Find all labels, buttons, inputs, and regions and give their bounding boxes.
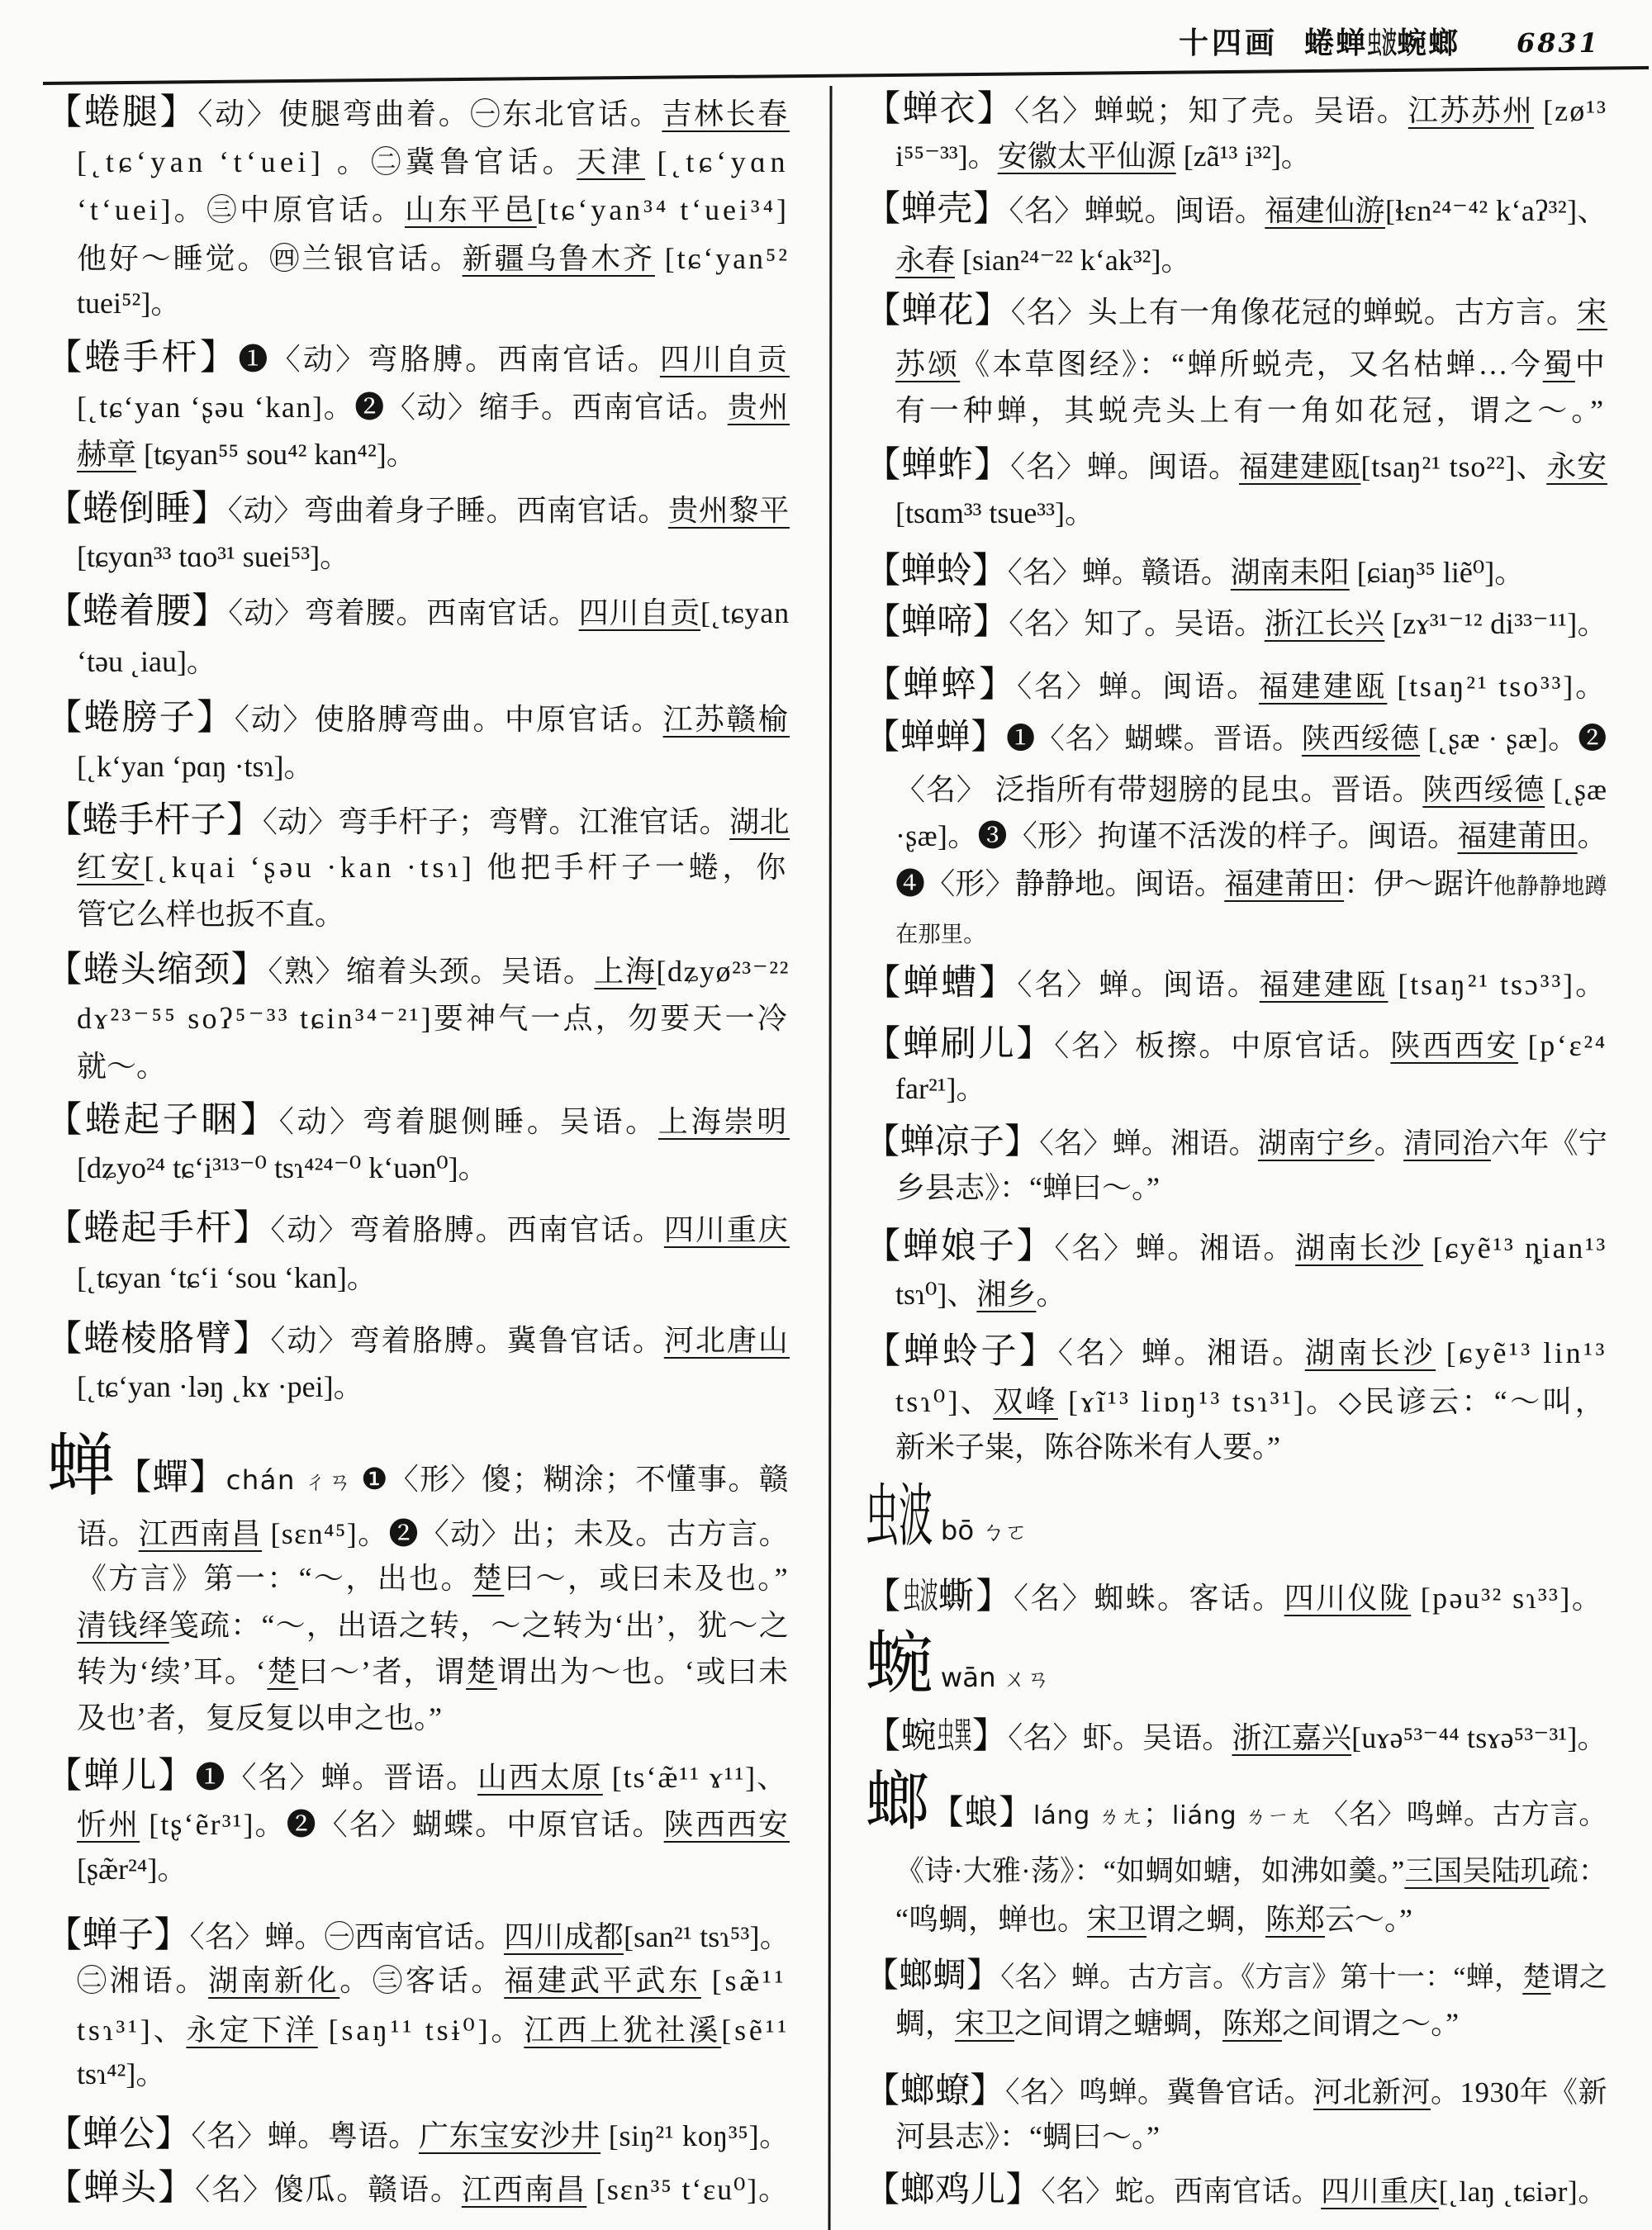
line-text: 转为‘续’耳。‘楚曰～’者，谓楚谓出为～也。‘或曰未 [77, 1647, 790, 1696]
place-name: 陈郑 [1222, 2007, 1282, 2040]
place-name: 楚 [472, 1562, 504, 1595]
line-text: dɤ²³⁻⁵⁵ soʔ⁵⁻³³ tɕin³⁴⁻²¹]要神气一点，勿要天一冷 [77, 994, 790, 1043]
entry-first-line: 【蜷手杆子】〈动〉弯手杆子；弯臂。江淮官话。湖北 [46, 796, 790, 846]
line-text: 《方言》第一：“～，出也。楚曰～，或曰未及也。” [77, 1554, 790, 1603]
place-name: 福建莆田 [1224, 867, 1344, 900]
definition-text: 蜩， [895, 2007, 955, 2040]
definition-text: 〈名〉蝉蜕。闽语。 [1009, 194, 1265, 227]
headword: 【蟬】 [116, 1459, 226, 1497]
line-text: ❹〈形〉静静地。闽语。福建莆田：伊～踞许他静静地蹲 [895, 859, 1607, 911]
head-character: 螂 [865, 1766, 930, 1838]
line-text: ㊁湘语。湖南新化。㊂客话。福建武平武东 [sæ̃¹¹ [77, 1956, 786, 2005]
place-name: 江苏苏州 [1408, 94, 1534, 127]
place-name: 浙江嘉兴 [1232, 1721, 1351, 1754]
place-name: 河北新河 [1313, 2076, 1431, 2109]
definition-text: ❶〈动〉弯胳膊。西南官话。 [238, 343, 660, 376]
definition-text: 〈名〉头上有一角像花冠的蝉蜕。古方言。 [1011, 296, 1577, 329]
headword: 【蝉蚱】 [865, 446, 1010, 485]
entry-line: ‘təu ˛iau]。 [77, 637, 790, 686]
entry-first-line: 【蝉蝉】❶〈名〉蝴蝶。晋语。陕西绥德 [˛ʂæ · ʂæ]。❷ [865, 713, 1607, 762]
definition-text: [tsaŋ²¹ tso²²]、 [1360, 450, 1546, 483]
entry-line: 苏颂《本草图经》：“蝉所蜕壳，又名枯蝉…今蜀中 [895, 339, 1607, 389]
definition-text: ❶〈名〉蝴蝶。晋语。 [1006, 723, 1302, 755]
definition-text: 《诗·大雅·荡》：“如蜩如螗，如沸如羹。” [895, 1855, 1404, 1887]
pinyin: chán [226, 1464, 296, 1496]
place-name: 安徽太平仙源 [998, 140, 1176, 173]
line-text: 乡县志》：“蝉曰～。” [895, 1163, 1160, 1212]
place-name: 四川成都 [504, 1920, 624, 1953]
entry-first-line: 【蜷棱胳臂】〈动〉弯着胳膊。冀鲁官话。河北唐山 [46, 1315, 790, 1364]
definition-text: [ɕyẽ¹³ lin¹³ [1436, 1336, 1607, 1369]
definition-text: ：伊～踞许 [1344, 867, 1493, 900]
place-name: 江苏赣榆 [663, 703, 790, 736]
entry-first-line: 【蝉蛉子】〈名〉蝉。湘语。湖南长沙 [ɕyẽ¹³ lin¹³ [865, 1327, 1607, 1377]
place-name: 楚 [466, 1655, 497, 1688]
line-text: 【蜿虫巽】〈名〉虾。吴语。浙江嘉兴[uɤə⁵³⁻⁴⁴ tsɤə⁵³⁻³¹]。 [865, 1712, 1607, 1763]
entry-first-line: 【螂鸡儿】〈名〉蛇。西南官话。四川重庆[˛laŋ ˛tɕiər]。 [865, 2166, 1607, 2215]
line-text: 【蜷起子睏】〈动〉弯着腿侧睡。吴语。上海崇明 [46, 1096, 790, 1146]
definition-text: 〈熟〉缩着头颈。吴语。 [268, 955, 594, 988]
line-text: 永春 [sian²⁴⁻²² k‘ak³²]。 [895, 235, 1190, 285]
definition-text: 〈名〉板擦。中原官话。 [1054, 1029, 1390, 1062]
place-name: 三国吴陆玑 [1404, 1855, 1549, 1887]
definition-text: ❹〈形〉静静地。闽语。 [895, 867, 1224, 900]
definition-text: far²¹]。 [895, 1072, 986, 1105]
glyph-component: 虫 [1367, 25, 1374, 61]
definition-text: 六年《宁 [1491, 1127, 1607, 1160]
place-name: 陕西西安 [664, 1808, 790, 1841]
headword: 【蜷起子睏】 [46, 1101, 279, 1140]
place-name: 赫章 [77, 438, 136, 471]
place-name: 陈郑 [1265, 1903, 1325, 1936]
entry-line: tsɿ³¹]、永定下洋 [saŋ¹¹ tsɨ⁰]。江西上犹社溪[sẽ¹¹ [77, 2005, 790, 2055]
entry-first-line: 【蝉螬】〈名〉蝉。闽语。福建建瓯 [tsaŋ²¹ tsɔ³³]。 [865, 959, 1607, 1008]
headword: 【蝉子】 [46, 1916, 190, 1955]
line-text: 【蝉头】〈名〉傻瓜。赣语。江西南昌 [sɛn³⁵ t‘ɛu⁰]。 [46, 2164, 790, 2214]
line-text: 【蝉儿】❶〈名〉蝉。晋语。山西太原 [ts‘æ̃¹¹ ɤ¹¹]、 [46, 1752, 788, 1802]
place-name: 福建武平武东 [504, 1964, 701, 1997]
zhuyin: ㄌㄤ [1098, 1804, 1143, 1829]
definition-text: [tsaŋ²¹ tsɔ³³]。 [1388, 968, 1607, 1001]
entry-first-line: 【蝉蛉】〈名〉蝉。赣语。湖南耒阳 [ɕiaŋ³⁵ liẽ⁰]。 [865, 547, 1607, 596]
definition-text: ❶〈名〉蝉。晋语。 [196, 1761, 477, 1794]
composed-character: 虫波 [1367, 25, 1397, 61]
entry-line: 蜩，宋卫之间谓之螗蜩，陈郑之间谓之～。” [895, 1999, 1607, 2048]
headword: 蟖】 [938, 1578, 1014, 1616]
entry-first-line: 【蝉啼】〈名〉知了。吴语。浙江长兴 [zɤ³¹⁻¹² di³³⁻¹¹]。 [865, 598, 1607, 648]
line-text: 【蝉螬】〈名〉蝉。闽语。福建建瓯 [tsaŋ²¹ tsɔ³³]。 [865, 959, 1607, 1009]
entry-first-line: 【蝉公】〈名〉蝉。粤语。广东宝安沙井 [siŋ²¹ koŋ³⁵]。 [46, 2110, 790, 2160]
definition-text: [tɕ‘yan³⁴ t‘uei³⁴] [537, 193, 790, 226]
definition-text: 管它么样也扳不直。 [77, 898, 344, 931]
gloss-text: 他静静地蹲 [1493, 874, 1607, 899]
line-text: 【蜷头缩颈】〈熟〉缩着头颈。吴语。上海[dʑyø²³⁻²² [46, 946, 790, 996]
place-name: 永定下洋 [186, 2014, 317, 2047]
headword: 【蜷头缩颈】 [46, 951, 268, 989]
line-text: 【蜷腿】〈动〉使腿弯曲着。㊀东北官话。吉林长春 [46, 88, 790, 139]
definition-text: ㊁湘语。 [77, 1964, 208, 1997]
place-name: 浙江长兴 [1265, 607, 1385, 640]
definition-text: [˛kɥai ‘ʂəu ·kan ·tsɿ] 他把手杆子一蜷，你 [144, 851, 790, 884]
definition-text: tuei⁵²]。 [77, 287, 180, 320]
definition-text: 〈动〉弯着胳膊。冀鲁官话。 [270, 1324, 663, 1357]
entry-line: [˛k‘yan ‘pɑŋ ·tsɿ]。 [77, 742, 790, 791]
line-text: 蜿 wān ㄨㄢ [865, 1652, 1050, 1705]
headword: 【螂蟟】 [865, 2072, 1005, 2110]
entry-line: 新米子粜，陈谷陈米有人要。” [895, 1422, 1607, 1472]
pinyin: láng [1033, 1801, 1090, 1830]
place-name: 湖南长沙 [1305, 1336, 1436, 1369]
definition-text: [ɕiaŋ³⁵ liẽ⁰]。 [1350, 556, 1525, 589]
line-text: [˛tɕ‘yan ·ləŋ ˛kɤ ·pei]。 [77, 1362, 363, 1412]
entry-line: [tsɑm³³ tsue³³]。 [895, 488, 1607, 538]
headword: 【蜷手杆】 [46, 339, 238, 377]
definition-text: ； [1143, 1800, 1172, 1830]
headword: 【蝉蛉子】 [865, 1332, 1058, 1371]
definition-text: [˛tɕ‘yan ‘ʂəu ‘kan]。❷〈动〉缩手。西南官话。 [77, 391, 728, 424]
definition-text: [san²¹ tsɿ⁵³]。 [624, 1920, 790, 1953]
definition-text [996, 1660, 1004, 1693]
entry-line: 永春 [sian²⁴⁻²² k‘ak³²]。 [895, 235, 1607, 285]
line-text: ‘t‘uei]。㊂中原官话。山东平邑[tɕ‘yan³⁴ t‘uei³⁴] [77, 185, 790, 235]
line-text: tsɿ⁴²]。 [77, 2049, 165, 2099]
line-text: ·ʂæ]。❸〈形〉拘谨不活泼的样子。闽语。福建莆田。 [895, 811, 1607, 861]
definition-text: 疏： [1550, 1855, 1607, 1887]
place-name: 山东平邑 [405, 193, 537, 226]
place-name: 江西南昌 [462, 2173, 586, 2206]
headword: 【蜷腿】 [46, 93, 197, 132]
definition-text: i⁵⁵⁻³³]。 [895, 140, 998, 173]
definition-text: dɤ²³⁻⁵⁵ soʔ⁵⁻³³ tɕin³⁴⁻²¹]要神气一点，勿要天一冷 [77, 1002, 790, 1035]
entry-line: [˛tɕ‘yan ‘ʂəu ‘kan]。❷〈动〉缩手。西南官话。贵州 [77, 382, 790, 432]
place-name: 湘乡 [976, 1278, 1036, 1311]
headword: 【螂鸡儿】 [865, 2171, 1041, 2209]
entry-first-line: 【蜷头缩颈】〈熟〉缩着头颈。吴语。上海[dʑyø²³⁻²² [46, 946, 790, 995]
definition-text: 他好～睡觉。㊃兰银官话。 [77, 242, 463, 275]
entry-line: [dʑyo²⁴ tɕ‘i³¹³⁻⁰ tsɿ⁴²⁴⁻⁰ k‘uən⁰]。 [77, 1143, 790, 1193]
entry-first-line: 蜿 wān ㄨㄢ [865, 1652, 1607, 1701]
headword: 【蜷起手杆】 [46, 1209, 270, 1248]
definition-text: [dʑyo²⁴ tɕ‘i³¹³⁻⁰ tsɿ⁴²⁴⁻⁰ k‘uən⁰]。 [77, 1151, 488, 1184]
definition-text: [pəu³² sɿ³³]。 [1411, 1582, 1603, 1615]
place-name: 四川重庆 [664, 1213, 790, 1246]
definition-text: [sẽ¹¹ [721, 2014, 790, 2047]
headword: 】 [972, 1717, 1008, 1756]
place-name: 陕西西安 [1390, 1029, 1518, 1062]
entry-line: tsɿ⁴²]。 [77, 2049, 790, 2099]
entry-first-line: 【螂蜩】〈名〉蝉。古方言。《方言》第十一：“蝉，楚谓之 [865, 1951, 1607, 2000]
entry-first-line: 【蜷倒睡】〈动〉弯曲着身子睡。西南官话。贵州黎平 [46, 485, 790, 534]
definition-text: [sæ̃¹¹ [701, 1964, 786, 1997]
place-name: 四川重庆 [1321, 2175, 1439, 2208]
place-name: 宋 [1577, 296, 1607, 329]
zhuyin: ㄔㄢ [304, 1469, 353, 1495]
definition-text: [˛tɕ‘yɑn [645, 145, 790, 178]
place-name: 钱绎 [107, 1609, 169, 1642]
definition-text: 。 [1374, 1127, 1403, 1160]
entry-line: “鸣蜩，蝉也。宋卫谓之蜩，陈郑云～。” [895, 1895, 1607, 1944]
definition-text: 之间谓之螗蜩， [1014, 2007, 1222, 2040]
place-name: 清同治 [1403, 1127, 1491, 1160]
glyph-component: 波 [1382, 25, 1389, 61]
line-text: 新米子粜，陈谷陈米有人要。” [895, 1422, 1280, 1472]
place-name: 苏颂 [895, 348, 960, 381]
line-text: 虫波 bō ㄅㄛ [865, 1505, 1028, 1558]
entry-line: 就～。 [77, 1041, 790, 1091]
place-name: 福建建瓯 [1260, 968, 1389, 1001]
place-name: 忻州 [77, 1808, 140, 1841]
definition-text: tsɿ⁴²]。 [77, 2057, 165, 2090]
definition-text: [˛tɕyan ‘tɕ‘i ‘sou ‘kan]。 [77, 1261, 377, 1294]
line-text: tsɿ⁰]、双峰 [ɤĩ¹³ liɒŋ¹³ tsɿ³¹]。◇民谚云：“～叫， [895, 1377, 1607, 1426]
definition-text: [zø¹³ [1534, 94, 1607, 127]
definition-text: 谓出为～也。‘或曰未 [497, 1655, 790, 1688]
definition-text: 谓之蜩， [1146, 1903, 1265, 1936]
entry-first-line: 【蜷起子睏】〈动〉弯着腿侧睡。吴语。上海崇明 [46, 1096, 790, 1146]
definition-text: [˛tɕ‘yan ·ləŋ ˛kɤ ·pei]。 [77, 1370, 363, 1403]
definition-text: 。㊂客话。 [339, 1964, 504, 1997]
line-text: 河县志》：“蜩曰～。” [895, 2112, 1160, 2161]
line-text: [dʑyo²⁴ tɕ‘i³¹³⁻⁰ tsɿ⁴²⁴⁻⁰ k‘uən⁰]。 [77, 1143, 488, 1193]
line-text: [˛k‘yan ‘pɑŋ ·tsɿ]。 [77, 742, 314, 791]
page-number: 6831 [1517, 25, 1600, 61]
definition-text: 〈动〉弯着腰。西南官话。 [228, 596, 578, 629]
line-text: 管它么样也扳不直。 [77, 890, 344, 939]
place-name: 永安 [1546, 450, 1607, 483]
definition-text: 之间谓之～。” [1282, 2007, 1459, 2040]
line-text: 〈名〉 泛指所有带翅膀的昆虫。晋语。陕西绥德 [˛ʂæ [895, 765, 1607, 814]
line-text: 就～。 [77, 1041, 166, 1091]
definition-text: “鸣蜩，蝉也。 [895, 1903, 1087, 1936]
place-name: 江西南昌 [139, 1517, 262, 1550]
entry-line: 乡县志》：“蝉曰～。” [895, 1163, 1607, 1212]
entry-line: 河县志》：“蜩曰～。” [895, 2112, 1607, 2161]
headword: 【蝉娘子】 [865, 1227, 1054, 1266]
line-text: 【蝉蝉】❶〈名〉蝴蝶。晋语。陕西绥德 [˛ʂæ · ʂæ]。❷ [865, 713, 1607, 764]
line-text: 清钱绎笺疏：“～，出语之转，～之转为‘出’，犹～之 [77, 1601, 790, 1650]
entry-line: 管它么样也扳不直。 [77, 890, 790, 939]
definition-text: 《本草图经》：“蝉所蜕壳，又名枯蝉…今 [960, 348, 1542, 381]
definition-text: 〈名〉蝉。闽语。 [1017, 968, 1259, 1001]
line-text: 【蜷起手杆】〈动〉弯着胳膊。西南官话。四川重庆 [46, 1204, 790, 1255]
gloss-text: 在那里。 [895, 922, 985, 947]
line-text: 【蜷膀子】〈动〉使胳膊弯曲。中原官话。江苏赣榆 [46, 694, 790, 744]
entry-line: tuei⁵²]。 [77, 278, 790, 328]
place-name: 广东宝安沙井 [419, 2119, 601, 2152]
definition-text: 〈名〉蝉。粤语。 [192, 2119, 420, 2152]
definition-text: 〈动〉弯着胳膊。西南官话。 [270, 1213, 663, 1246]
entry-first-line: 【蝉壳】〈名〉蝉蜕。闽语。福建仙游[ɬɛn²⁴⁻⁴² k‘aʔ³²]、 [865, 185, 1607, 235]
definition-text: 〈名〉鸣蝉。冀鲁官话。 [1005, 2076, 1313, 2109]
definition-text: [˛tɕyan [700, 596, 790, 629]
entry-line: 语。江西南昌 [sɛn⁴⁵]。❷〈动〉出；未及。古方言。 [77, 1509, 790, 1559]
dictionary-page: 十四画 蜷蝉虫波蜿螂 6831 【蜷腿】〈动〉使腿弯曲着。㊀东北官话。吉林长春[… [0, 0, 1652, 2230]
line-text: tsɿ³¹]、永定下洋 [saŋ¹¹ tsɨ⁰]。江西上犹社溪[sẽ¹¹ [77, 2005, 790, 2055]
definition-text: 〈名〉蝉。㊀西南官话。 [190, 1920, 504, 1953]
place-name: 湖南耒阳 [1231, 556, 1350, 589]
definition-text: 及也’者，复反复以申之也。” [77, 1701, 442, 1734]
entry-line: 转为‘续’耳。‘楚曰～’者，谓楚谓出为～也。‘或曰未 [77, 1647, 790, 1696]
glyph-component: 虫 [903, 1573, 912, 1622]
place-name: 四川自贡 [579, 596, 700, 629]
composed-character: 虫巽 [937, 1712, 972, 1762]
entry-first-line: 【虫波蟖】〈名〉蜘蛛。客话。四川仪陇 [pəu³² sɿ³³]。 [865, 1573, 1607, 1622]
definition-text: [uɤə⁵³⁻⁴⁴ tsɤə⁵³⁻³¹]。 [1351, 1721, 1607, 1754]
glyph-component: 虫 [937, 1712, 946, 1762]
headword: 【蝉衣】 [865, 90, 1014, 129]
definition-text: [ɬɛn²⁴⁻⁴² k‘aʔ³²]、 [1385, 194, 1607, 227]
definition-text: 〈名〉蝉。闽语。 [1010, 450, 1239, 483]
definition-text: 〈名〉 泛指所有带翅膀的昆虫。晋语。 [895, 773, 1422, 806]
headword: 【蜋】 [930, 1794, 1033, 1831]
definition-text: [zɤ³¹⁻¹² di³³⁻¹¹]。 [1384, 607, 1607, 640]
place-name: 陕西绥德 [1302, 723, 1420, 755]
definition-text [1237, 1800, 1244, 1830]
definition-text: 曰～’者，谓 [298, 1655, 466, 1688]
definition-text: [tɕ‘yan⁵² [655, 242, 790, 275]
place-name: 宋卫 [1087, 1903, 1146, 1936]
entry-line: 《方言》第一：“～，出也。楚曰～，或曰未及也。” [77, 1554, 790, 1603]
entry-first-line: 【蝉衣】〈名〉蝉蜕；知了壳。吴语。江苏苏州 [zø¹³ [865, 85, 1607, 135]
entry-first-line: 【蜷膀子】〈动〉使胳膊弯曲。中原官话。江苏赣榆 [46, 694, 790, 743]
definition-text [296, 1463, 304, 1496]
header-characters: 蜷蝉虫波蜿螂 [1304, 25, 1460, 61]
definition-text: [ʂæ̃r²⁴]。 [77, 1853, 187, 1886]
definition-text: 语。 [77, 1517, 139, 1550]
place-name: 福建莆田 [1457, 819, 1577, 852]
line-text: 忻州 [tʂ‘ẽr³¹]。❷〈名〉蝴蝶。中原官话。陕西西安 [77, 1800, 790, 1849]
line-text: [tsɑm³³ tsue³³]。 [895, 488, 1094, 538]
place-name: 贵州 [728, 391, 790, 424]
definition-text: 。 [1036, 1278, 1066, 1311]
definition-text: [tʂ‘ẽr³¹]。❷〈名〉蝴蝶。中原官话。 [140, 1808, 663, 1841]
entry-line: ‘t‘uei]。㊂中原官话。山东平邑[tɕ‘yan³⁴ t‘uei³⁴] [77, 185, 790, 235]
line-text: 【蝉蜶】〈名〉蝉。闽语。福建建瓯 [tsaŋ²¹ tso³³]。 [865, 661, 1607, 711]
line-text: 《诗·大雅·荡》：“如蜩如螗，如沸如羹。”三国吴陆玑疏： [895, 1847, 1607, 1896]
headword: 【螂蜩】 [865, 1957, 1000, 1994]
entry-line: ㊁湘语。湖南新化。㊂客话。福建武平武东 [sæ̃¹¹ [77, 1956, 790, 2005]
definition-text: [zã¹³ i³²]。 [1176, 140, 1311, 173]
entry-first-line: 【蜷着腰】〈动〉弯着腰。西南官话。四川自贡[˛tɕyan [46, 587, 790, 637]
place-name: 江西上犹社溪 [524, 2014, 721, 2047]
definition-text: 〈动〉弯手杆子；弯臂。江淮官话。 [263, 805, 729, 838]
line-text: 螂【蜋】láng ㄌㄤ；liáng ㄌㄧㄤ 〈名〉鸣蝉。古方言。 [865, 1788, 1607, 1841]
entry-line: [ʂæ̃r²⁴]。 [77, 1844, 790, 1894]
headword: 【蜷倒睡】 [46, 490, 228, 529]
place-name: 福建建瓯 [1259, 670, 1387, 703]
line-text: 在那里。 [895, 907, 985, 959]
line-text: 【蝉娘子】〈名〉蝉。湘语。湖南长沙 [ɕyẽ¹³ ȵian¹³ [865, 1222, 1607, 1273]
definition-text: [tsaŋ²¹ tso³³]。 [1387, 670, 1607, 703]
definition-text: [˛ʂæ · ʂæ]。❷ [1420, 723, 1607, 755]
entry-first-line: 【蝉蚱】〈名〉蝉。闽语。福建建瓯[tsaŋ²¹ tso²²]、永安 [865, 441, 1607, 491]
headword: 【蜿 [865, 1717, 937, 1756]
definition-text: [tsɑm³³ tsue³³]。 [895, 496, 1094, 529]
headword: 【蜷着腰】 [46, 592, 228, 631]
line-text: 【蝉壳】〈名〉蝉蜕。闽语。福建仙游[ɬɛn²⁴⁻⁴² k‘aʔ³²]、 [865, 185, 1607, 235]
place-name: 新疆乌鲁木齐 [463, 242, 655, 275]
definition-text: 曰～，或曰未及也。” [504, 1562, 790, 1595]
line-text: 【蝉子】〈名〉蝉。㊀西南官话。四川成都[san²¹ tsɿ⁵³]。 [46, 1911, 790, 1962]
headword: 【蝉头】 [46, 2169, 195, 2208]
definition-text: ‘təu ˛iau]。 [77, 645, 216, 678]
definition-text: [˛tɕ‘yan ‘t‘uei] 。㊁冀鲁官话。 [77, 145, 577, 178]
definition-text: 〈动〉使胳膊弯曲。中原官话。 [235, 703, 663, 736]
definition-text: [tɕyɑn³³ tɑo³¹ suei⁵³]。 [77, 540, 349, 573]
entry-line: 在那里。 [895, 907, 1607, 956]
line-text: 【虫波蟖】〈名〉蜘蛛。客话。四川仪陇 [pəu³² sɿ³³]。 [865, 1573, 1603, 1623]
place-name: 湖南宁乡 [1258, 1127, 1374, 1160]
place-name: 楚 [1522, 1962, 1550, 1993]
place-name: 天津 [577, 145, 645, 178]
entry-first-line: 【蝉蜶】〈名〉蝉。闽语。福建建瓯 [tsaŋ²¹ tso³³]。 [865, 661, 1607, 710]
definition-text: [˛laŋ ˛tɕiər]。 [1439, 2175, 1607, 2208]
definition-text: ‘t‘uei]。㊂中原官话。 [77, 193, 405, 226]
entry-line: 红安[˛kɥai ‘ʂəu ·kan ·tsɿ] 他把手杆子一蜷，你 [77, 842, 790, 892]
headword: 【蝉儿】 [46, 1757, 196, 1796]
definition-text: 〈名〉蝉。古方言。《方言》第十一：“蝉， [1000, 1962, 1522, 1993]
headword: 【蝉公】 [46, 2115, 192, 2154]
definition-text: 。 [1578, 819, 1607, 852]
line-text: 【蜷着腰】〈动〉弯着腰。西南官话。四川自贡[˛tɕyan [46, 587, 790, 638]
entry-line: 清钱绎笺疏：“～，出语之转，～之转为‘出’，犹～之 [77, 1601, 790, 1650]
definition-text: [ɕyẽ¹³ ȵian¹³ [1423, 1231, 1607, 1264]
definition-text: 〈名〉蝉。湘语。 [1054, 1231, 1295, 1264]
line-text: 【蝉啼】〈名〉知了。吴语。浙江长兴 [zɤ³¹⁻¹² di³³⁻¹¹]。 [865, 598, 1607, 648]
place-name: 湖南长沙 [1295, 1231, 1423, 1264]
definition-text: [ts‘æ̃¹¹ ɤ¹¹]、 [603, 1761, 788, 1794]
place-name: 宋卫 [955, 2007, 1014, 2040]
definition-text: 。1930年《新 [1431, 2076, 1607, 2109]
entry-line: 忻州 [tʂ‘ẽr³¹]。❷〈名〉蝴蝶。中原官话。陕西西安 [77, 1800, 790, 1849]
definition-text: 〈名〉蜘蛛。客话。 [1014, 1582, 1284, 1615]
line-text: 【蝉衣】〈名〉蝉蜕；知了壳。吴语。江苏苏州 [zø¹³ [865, 85, 1607, 135]
headword: 【蝉壳】 [865, 190, 1009, 229]
head-character: 蜿 [865, 1625, 933, 1701]
definition-text: 蜷蝉 [1304, 26, 1367, 59]
head-character: 蝉 [46, 1428, 116, 1504]
definition-text: [sian²⁴⁻²² k‘ak³²]。 [955, 244, 1190, 277]
headword: 【蝉蝉】 [865, 719, 1006, 757]
definition-text: 就～。 [77, 1050, 166, 1083]
definition-text: tsɿ⁰]、 [895, 1385, 993, 1418]
entry-first-line: 蝉【蟬】chán ㄔㄢ ❶〈形〉傻；糊涂；不懂事。赣 [46, 1454, 790, 1503]
definition-text: 中 [1575, 348, 1607, 381]
headword: 【蜷膀子】 [46, 699, 235, 738]
line-text: 【蝉蛉子】〈名〉蝉。湘语。湖南长沙 [ɕyẽ¹³ lin¹³ [865, 1327, 1607, 1378]
definition-text: 〈名〉虾。吴语。 [1008, 1721, 1232, 1754]
line-text: 【蝉公】〈名〉蝉。粤语。广东宝安沙井 [siŋ²¹ koŋ³⁵]。 [46, 2110, 790, 2161]
line-text: 【蝉蛉】〈名〉蝉。赣语。湖南耒阳 [ɕiaŋ³⁵ liẽ⁰]。 [865, 547, 1524, 597]
definition-text: 河县志》：“蜩曰～。” [895, 2120, 1160, 2153]
headword: 【蝉蛉】 [865, 552, 1008, 591]
pinyin: wān [941, 1662, 996, 1693]
definition-text: [sɛn³⁵ t‘ɛu⁰]。 [586, 2173, 790, 2206]
headword: 【蝉啼】 [865, 603, 1009, 642]
definition-text: 〈名〉蝉。赣语。 [1008, 556, 1231, 589]
stroke-count-section: 十四画 [1179, 25, 1278, 61]
line-text: [˛tɕ‘yan ‘ʂəu ‘kan]。❷〈动〉缩手。西南官话。贵州 [77, 382, 790, 432]
definition-text: 笺疏：“～，出语之转，～之转为‘出’，犹～之 [169, 1609, 790, 1642]
definition-text: 转为‘续’耳。‘ [77, 1655, 267, 1688]
definition-text [933, 1660, 941, 1693]
definition-text [1090, 1800, 1098, 1830]
place-name: 四川自贡 [660, 343, 790, 376]
place-name: 上海 [594, 955, 656, 988]
pinyin: liáng [1172, 1801, 1237, 1830]
place-name: 楚 [267, 1655, 298, 1688]
line-text: 【螂鸡儿】〈名〉蛇。西南官话。四川重庆[˛laŋ ˛tɕiər]。 [865, 2166, 1607, 2217]
